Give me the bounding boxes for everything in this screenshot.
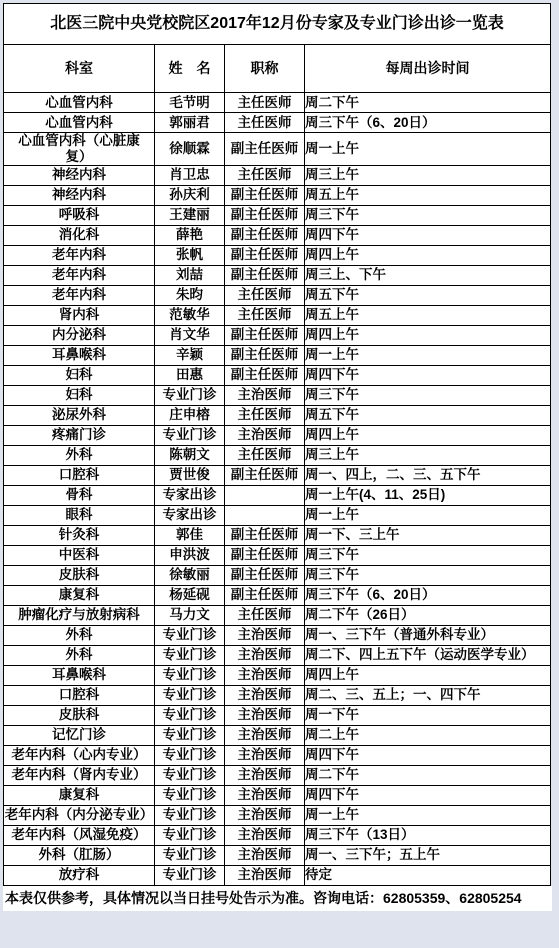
name-cell: 申洪波 [155, 545, 225, 565]
schedule-cell: 周一、四上，二、三、五下午 [305, 465, 551, 485]
table-row: 中医科申洪波副主任医师周三下午 [4, 545, 551, 565]
name-cell: 专业门诊 [155, 825, 225, 845]
name-cell: 田惠 [155, 365, 225, 385]
department-cell: 外科（肛肠） [4, 845, 155, 865]
schedule-cell: 周一下午 [305, 705, 551, 725]
column-header-name: 姓 名 [155, 45, 225, 93]
name-cell: 辛颖 [155, 345, 225, 365]
department-cell: 老年内科 [4, 245, 155, 265]
schedule-cell: 周一、三下午；五上午 [305, 845, 551, 865]
table-row: 记忆门诊专业门诊主治医师周二上午 [4, 725, 551, 745]
schedule-table: 北医三院中央党校院区2017年12月份专家及专业门诊出诊一览表 科室 姓 名 职… [3, 3, 551, 886]
title-cell-value: 副主任医师 [225, 185, 305, 205]
department-cell: 康复科 [4, 785, 155, 805]
name-cell: 专业门诊 [155, 765, 225, 785]
title-cell-value: 主任医师 [225, 93, 305, 113]
name-cell: 杨延砚 [155, 585, 225, 605]
name-cell: 陈朝文 [155, 445, 225, 465]
table-row: 心血管内科毛节明主任医师周二下午 [4, 93, 551, 113]
title-cell-value: 副主任医师 [225, 225, 305, 245]
title-cell-value: 主任医师 [225, 285, 305, 305]
schedule-sheet: 北医三院中央党校院区2017年12月份专家及专业门诊出诊一览表 科室 姓 名 职… [3, 3, 552, 911]
table-row: 疼痛门诊专业门诊主治医师周四上午 [4, 425, 551, 445]
name-cell: 专业门诊 [155, 425, 225, 445]
department-cell: 针灸科 [4, 525, 155, 545]
table-row: 内分泌科肖文华副主任医师周四上午 [4, 325, 551, 345]
schedule-cell: 周四上午 [305, 425, 551, 445]
department-cell: 神经内科 [4, 185, 155, 205]
name-cell: 专业门诊 [155, 865, 225, 885]
department-cell: 疼痛门诊 [4, 425, 155, 445]
title-cell-value: 主治医师 [225, 625, 305, 645]
schedule-cell: 周五上午 [305, 305, 551, 325]
name-cell: 毛节明 [155, 93, 225, 113]
table-row: 骨科专家出诊周一上午(4、11、25日) [4, 485, 551, 505]
table-row: 口腔科专业门诊主治医师周二、三、五上；一、四下午 [4, 685, 551, 705]
schedule-cell: 周四上午 [305, 325, 551, 345]
name-cell: 专业门诊 [155, 665, 225, 685]
department-cell: 耳鼻喉科 [4, 345, 155, 365]
department-cell: 外科 [4, 445, 155, 465]
department-cell: 泌尿外科 [4, 405, 155, 425]
title-cell-value: 主任医师 [225, 605, 305, 625]
name-cell: 郭佳 [155, 525, 225, 545]
table-row: 康复科杨延砚副主任医师周三下午（6、20日） [4, 585, 551, 605]
title-cell-value: 主治医师 [225, 645, 305, 665]
schedule-cell: 周二下午 [305, 765, 551, 785]
schedule-cell: 周三下午 [305, 545, 551, 565]
table-row: 外科专业门诊主治医师周二下、四上五下午（运动医学专业） [4, 645, 551, 665]
schedule-rows: 心血管内科毛节明主任医师周二下午心血管内科郭丽君主任医师周三下午（6、20日）心… [4, 93, 551, 886]
title-cell-value: 副主任医师 [225, 365, 305, 385]
schedule-cell: 周三下午（6、20日） [305, 113, 551, 133]
name-cell: 专业门诊 [155, 645, 225, 665]
table-row: 心血管内科郭丽君主任医师周三下午（6、20日） [4, 113, 551, 133]
title-cell-value: 副主任医师 [225, 133, 305, 166]
schedule-cell: 周五下午 [305, 405, 551, 425]
title-cell-value: 主治医师 [225, 725, 305, 745]
name-cell: 庄申榕 [155, 405, 225, 425]
column-header-title: 职称 [225, 45, 305, 93]
department-cell: 老年内科（风湿免疫） [4, 825, 155, 845]
department-cell: 眼科 [4, 505, 155, 525]
table-row: 泌尿外科庄申榕主任医师周五下午 [4, 405, 551, 425]
department-cell: 肾内科 [4, 305, 155, 325]
table-row: 心血管内科（心脏康 复）徐顺霖副主任医师周一上午 [4, 133, 551, 166]
name-cell: 张帆 [155, 245, 225, 265]
schedule-cell: 周三下午（6、20日） [305, 585, 551, 605]
department-cell: 骨科 [4, 485, 155, 505]
title-cell-value: 副主任医师 [225, 585, 305, 605]
table-row: 皮肤科徐敏丽副主任医师周三下午 [4, 565, 551, 585]
title-cell-value: 副主任医师 [225, 205, 305, 225]
table-row: 神经内科孙庆利副主任医师周五上午 [4, 185, 551, 205]
name-cell: 郭丽君 [155, 113, 225, 133]
title-cell-value: 副主任医师 [225, 345, 305, 365]
name-cell: 专家出诊 [155, 485, 225, 505]
schedule-cell: 周三下午 [305, 205, 551, 225]
title-cell-value: 主治医师 [225, 845, 305, 865]
schedule-cell: 周二下午 [305, 93, 551, 113]
schedule-cell: 周二上午 [305, 725, 551, 745]
title-cell-value: 副主任医师 [225, 565, 305, 585]
title-cell-value: 副主任医师 [225, 525, 305, 545]
schedule-cell: 周二下午（26日） [305, 605, 551, 625]
title-cell-value: 主治医师 [225, 785, 305, 805]
schedule-cell: 周四下午 [305, 785, 551, 805]
column-header-schedule: 每周出诊时间 [305, 45, 551, 93]
table-row: 老年内科（肾内专业）专业门诊主治医师周二下午 [4, 765, 551, 785]
name-cell: 专业门诊 [155, 845, 225, 865]
name-cell: 范敏华 [155, 305, 225, 325]
name-cell: 孙庆利 [155, 185, 225, 205]
schedule-cell: 周四下午 [305, 365, 551, 385]
table-row: 耳鼻喉科辛颖副主任医师周一上午 [4, 345, 551, 365]
table-row: 消化科薛艳副主任医师周四下午 [4, 225, 551, 245]
table-row: 眼科专家出诊周一上午 [4, 505, 551, 525]
schedule-cell: 周四上午 [305, 245, 551, 265]
page-title: 北医三院中央党校院区2017年12月份专家及专业门诊出诊一览表 [4, 4, 551, 45]
table-row: 老年内科（心内专业）专业门诊主治医师周四下午 [4, 745, 551, 765]
schedule-cell: 待定 [305, 865, 551, 885]
name-cell: 肖文华 [155, 325, 225, 345]
name-cell: 专业门诊 [155, 745, 225, 765]
table-row: 老年内科刘喆副主任医师周三上、下午 [4, 265, 551, 285]
department-cell: 妇科 [4, 385, 155, 405]
table-row: 老年内科张帆副主任医师周四上午 [4, 245, 551, 265]
title-cell-value: 主任医师 [225, 165, 305, 185]
title-cell-value: 主任医师 [225, 113, 305, 133]
title-cell-value: 主任医师 [225, 405, 305, 425]
name-cell: 专家出诊 [155, 505, 225, 525]
name-cell: 马力文 [155, 605, 225, 625]
table-row: 耳鼻喉科专业门诊主治医师周四上午 [4, 665, 551, 685]
table-row: 老年内科（风湿免疫）专业门诊主治医师周三下午（13日） [4, 825, 551, 845]
column-header-department: 科室 [4, 45, 155, 93]
department-cell: 呼吸科 [4, 205, 155, 225]
schedule-cell: 周三下午 [305, 385, 551, 405]
department-cell: 放疗科 [4, 865, 155, 885]
table-row: 皮肤科专业门诊主治医师周一下午 [4, 705, 551, 725]
name-cell: 朱昀 [155, 285, 225, 305]
department-cell: 老年内科 [4, 285, 155, 305]
name-cell: 刘喆 [155, 265, 225, 285]
table-row: 老年内科（内分泌专业）专业门诊主治医师周一上午 [4, 805, 551, 825]
department-cell: 心血管内科 [4, 113, 155, 133]
schedule-cell: 周一上午(4、11、25日) [305, 485, 551, 505]
name-cell: 徐敏丽 [155, 565, 225, 585]
table-row: 针灸科郭佳副主任医师周一下、三上午 [4, 525, 551, 545]
schedule-cell: 周一上午 [305, 345, 551, 365]
table-row: 妇科专业门诊主治医师周三下午 [4, 385, 551, 405]
schedule-cell: 周一上午 [305, 133, 551, 166]
title-cell-value: 主治医师 [225, 705, 305, 725]
name-cell: 肖卫忠 [155, 165, 225, 185]
schedule-cell: 周二、三、五上；一、四下午 [305, 685, 551, 705]
schedule-cell: 周一上午 [305, 805, 551, 825]
title-cell-value: 主任医师 [225, 445, 305, 465]
department-cell: 耳鼻喉科 [4, 665, 155, 685]
department-cell: 神经内科 [4, 165, 155, 185]
schedule-cell: 周三上、下午 [305, 265, 551, 285]
title-cell-value: 主治医师 [225, 685, 305, 705]
title-cell-value: 主治医师 [225, 805, 305, 825]
department-cell: 外科 [4, 625, 155, 645]
department-cell: 老年内科 [4, 265, 155, 285]
name-cell: 薛艳 [155, 225, 225, 245]
table-row: 神经内科肖卫忠主任医师周三上午 [4, 165, 551, 185]
title-cell-value: 副主任医师 [225, 465, 305, 485]
title-cell-value: 副主任医师 [225, 545, 305, 565]
name-cell: 专业门诊 [155, 685, 225, 705]
department-cell: 康复科 [4, 585, 155, 605]
title-cell-value: 主治医师 [225, 425, 305, 445]
title-cell-value: 主治医师 [225, 665, 305, 685]
title-cell-value: 副主任医师 [225, 265, 305, 285]
department-cell: 肿瘤化疗与放射病科 [4, 605, 155, 625]
title-row: 北医三院中央党校院区2017年12月份专家及专业门诊出诊一览表 [4, 4, 551, 45]
title-cell-value: 主治医师 [225, 385, 305, 405]
schedule-cell: 周三上午 [305, 165, 551, 185]
schedule-cell: 周一下、三上午 [305, 525, 551, 545]
schedule-cell: 周二下、四上五下午（运动医学专业） [305, 645, 551, 665]
table-row: 口腔科贾世俊副主任医师周一、四上，二、三、五下午 [4, 465, 551, 485]
title-cell-value: 主治医师 [225, 765, 305, 785]
name-cell: 王建丽 [155, 205, 225, 225]
table-row: 老年内科朱昀主任医师周五下午 [4, 285, 551, 305]
title-cell-value: 副主任医师 [225, 245, 305, 265]
title-cell-value: 主任医师 [225, 305, 305, 325]
title-cell-value: 主治医师 [225, 825, 305, 845]
schedule-cell: 周一上午 [305, 505, 551, 525]
department-cell: 中医科 [4, 545, 155, 565]
table-row: 康复科专业门诊主治医师周四下午 [4, 785, 551, 805]
department-cell: 老年内科（肾内专业） [4, 765, 155, 785]
department-cell: 口腔科 [4, 465, 155, 485]
header-row: 科室 姓 名 职称 每周出诊时间 [4, 45, 551, 93]
name-cell: 专业门诊 [155, 705, 225, 725]
table-row: 肿瘤化疗与放射病科马力文主任医师周二下午（26日） [4, 605, 551, 625]
department-cell: 妇科 [4, 365, 155, 385]
table-row: 外科（肛肠）专业门诊主治医师周一、三下午；五上午 [4, 845, 551, 865]
department-cell: 外科 [4, 645, 155, 665]
department-cell: 皮肤科 [4, 705, 155, 725]
schedule-cell: 周三下午（13日） [305, 825, 551, 845]
title-cell-value [225, 485, 305, 505]
title-cell-value: 主治医师 [225, 745, 305, 765]
table-row: 外科专业门诊主治医师周一、三下午（普通外科专业） [4, 625, 551, 645]
table-row: 呼吸科王建丽副主任医师周三下午 [4, 205, 551, 225]
schedule-cell: 周五下午 [305, 285, 551, 305]
name-cell: 贾世俊 [155, 465, 225, 485]
name-cell: 专业门诊 [155, 625, 225, 645]
department-cell: 心血管内科（心脏康 复） [4, 133, 155, 166]
title-cell-value [225, 505, 305, 525]
name-cell: 徐顺霖 [155, 133, 225, 166]
schedule-cell: 周一、三下午（普通外科专业） [305, 625, 551, 645]
table-row: 肾内科范敏华主任医师周五上午 [4, 305, 551, 325]
title-cell-value: 副主任医师 [225, 325, 305, 345]
footer-note: 本表仅供参考，具体情况以当日挂号处告示为准。咨询电话：62805359、6280… [3, 886, 552, 911]
schedule-cell: 周四上午 [305, 665, 551, 685]
department-cell: 老年内科（心内专业） [4, 745, 155, 765]
department-cell: 内分泌科 [4, 325, 155, 345]
department-cell: 皮肤科 [4, 565, 155, 585]
department-cell: 老年内科（内分泌专业） [4, 805, 155, 825]
name-cell: 专业门诊 [155, 385, 225, 405]
name-cell: 专业门诊 [155, 805, 225, 825]
table-row: 妇科田惠副主任医师周四下午 [4, 365, 551, 385]
name-cell: 专业门诊 [155, 725, 225, 745]
schedule-cell: 周五上午 [305, 185, 551, 205]
department-cell: 口腔科 [4, 685, 155, 705]
title-cell-value: 主治医师 [225, 865, 305, 885]
schedule-cell: 周四下午 [305, 225, 551, 245]
schedule-cell: 周三上午 [305, 445, 551, 465]
schedule-cell: 周四下午 [305, 745, 551, 765]
department-cell: 记忆门诊 [4, 725, 155, 745]
table-row: 外科陈朝文主任医师周三上午 [4, 445, 551, 465]
department-cell: 消化科 [4, 225, 155, 245]
department-cell: 心血管内科 [4, 93, 155, 113]
name-cell: 专业门诊 [155, 785, 225, 805]
schedule-cell: 周三下午 [305, 565, 551, 585]
table-row: 放疗科专业门诊主治医师待定 [4, 865, 551, 885]
